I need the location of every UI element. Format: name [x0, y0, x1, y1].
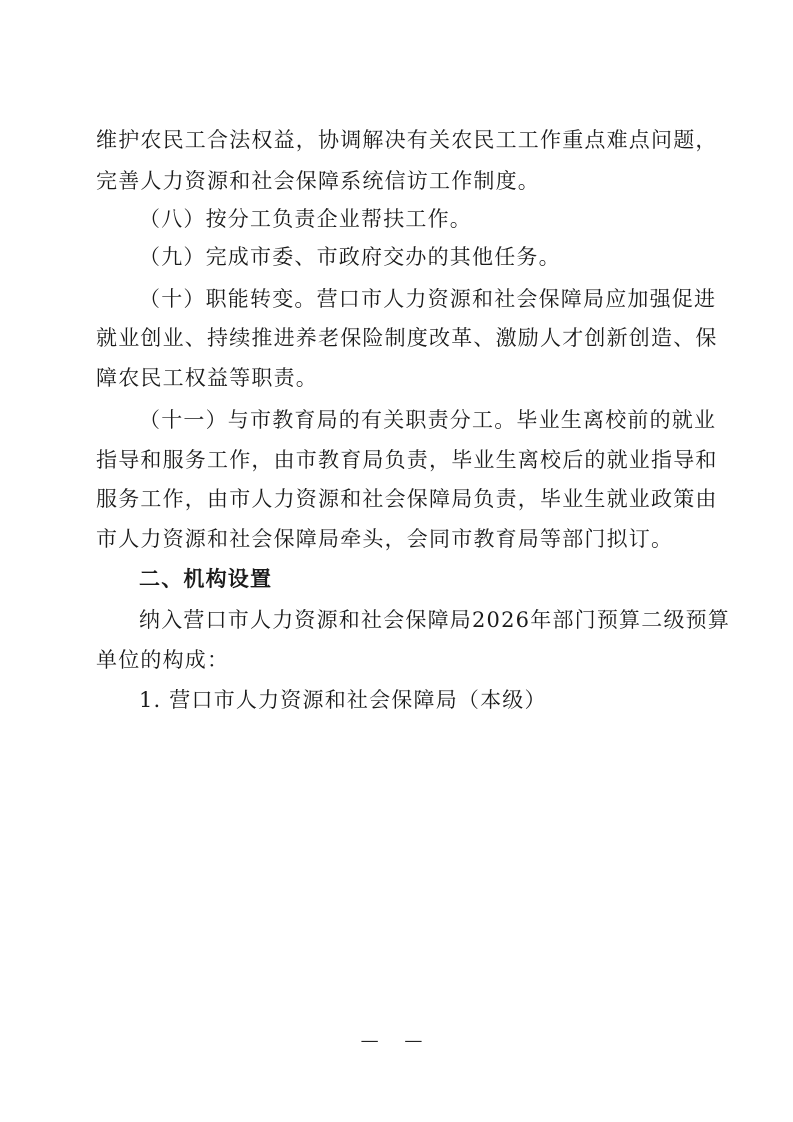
paragraph-line: 完善人力资源和社会保障系统信访工作制度。 [96, 167, 702, 195]
paragraph-line: 服务工作，由市人力资源和社会保障局负责，毕业生就业政策由 [96, 485, 702, 513]
list-item-1: 1. 营口市人力资源和社会保障局（本级） [139, 686, 702, 714]
paragraph-line: 单位的构成： [96, 646, 702, 674]
page-footer: — — [0, 1030, 793, 1051]
paragraph-line: 纳入营口市人力资源和社会保障局2026年部门预算二级预算 [139, 606, 702, 634]
paragraph-line: 维护农民工合法权益，协调解决有关农民工工作重点难点问题， [96, 126, 702, 154]
list-item-10: （十）职能转变。营口市人力资源和社会保障局应加强促进 [139, 285, 702, 313]
paragraph-line: 就业创业、持续推进养老保险制度改革、激励人才创新创造、保 [96, 324, 702, 352]
list-item-11: （十一）与市教育局的有关职责分工。毕业生离校前的就业 [139, 406, 702, 434]
paragraph-line: 市人力资源和社会保障局牵头，会同市教育局等部门拟订。 [96, 525, 702, 553]
paragraph-line: 障农民工权益等职责。 [96, 364, 702, 392]
list-item-9: （九）完成市委、市政府交办的其他任务。 [139, 243, 702, 271]
section-heading: 二、机构设置 [139, 565, 702, 593]
paragraph-line: 指导和服务工作，由市教育局负责，毕业生离校后的就业指导和 [96, 446, 702, 474]
list-item-8: （八）按分工负责企业帮扶工作。 [139, 205, 702, 233]
